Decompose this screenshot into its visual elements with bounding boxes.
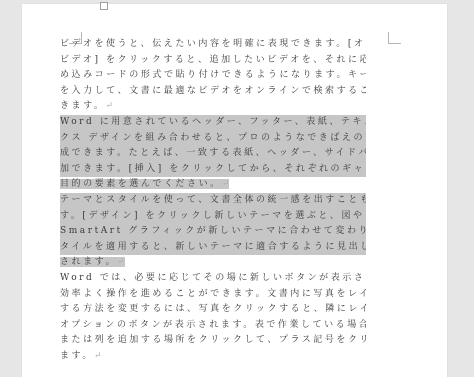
text-line: ビデオ] をクリックすると、追加したいビデオを、それに応じた埋 (60, 53, 366, 69)
text-line: め込みコードの形式で貼り付けできるようになります。キーワード (60, 68, 366, 84)
text-segment: 目的の要素を選んでください。 (60, 179, 222, 189)
paragraph-4[interactable]: Word では、必要に応じてその場に新しいボタンが表示されるため、 効率よく操作… (60, 271, 366, 365)
selected-text-line: 成できます。たとえば、一致する表紙、ヘッダー、サイドバーを追 (60, 146, 366, 162)
selected-text-line: されます。↵ (60, 255, 366, 271)
text-segment: ます。 (60, 351, 94, 361)
text-line: きます。↵ (60, 99, 366, 115)
selected-text-line: 目的の要素を選んでください。↵ (60, 177, 366, 193)
paragraph-1[interactable]: ビデオを使うと、伝えたい内容を明確に表現できます。[オンライン ビデオ] をクリ… (60, 37, 366, 115)
paragraph-mark-icon: ↵ (117, 257, 125, 267)
selected-text-line: Word に用意されているヘッダー、フッター、表紙、テキスト ボッ (60, 115, 366, 131)
paragraph-2-selected[interactable]: Word に用意されているヘッダー、フッター、表紙、テキスト ボッ クス デザイ… (60, 115, 366, 193)
text-segment: きます。 (60, 101, 105, 111)
text-line: オプションのボタンが表示されます。表で作業している場合は、行 (60, 318, 366, 334)
text-line: する方法を変更するには、写真をクリックすると、隣にレイアウト (60, 302, 366, 318)
selected-text-line: SmartArt グラフィックが新しいテーマに合わせて変わります。ス (60, 224, 366, 240)
selected-text-segment: 目的の要素を選んでください。↵ (60, 179, 229, 189)
selected-text-line: クス デザインを組み合わせると、プロのようなできばえの文書を作 (60, 131, 366, 147)
document-body[interactable]: ビデオを使うと、伝えたい内容を明確に表現できます。[オンライン ビデオ] をクリ… (60, 37, 366, 364)
text-line: Word では、必要に応じてその場に新しいボタンが表示されるため、 (60, 271, 366, 287)
selected-text-line: 加できます。[挿入] をクリックしてから、それぞれのギャラリーで (60, 162, 366, 178)
paragraph-mark-icon: ↵ (105, 101, 113, 111)
text-segment: されます。 (60, 257, 117, 267)
crop-mark-top-right (388, 32, 401, 44)
text-line: または列を追加する場所をクリックして、プラス記号をクリックし (60, 333, 366, 349)
text-line: ます。↵ (60, 349, 366, 365)
text-line: 効率よく操作を進めることができます。文書内に写真をレイアウト (60, 287, 366, 303)
paragraph-mark-icon: ↵ (94, 351, 102, 361)
paragraph-3-selected[interactable]: テーマとスタイルを使って、文書全体の統一感を出すこともできま す。[デザイン] … (60, 193, 366, 271)
text-line: ビデオを使うと、伝えたい内容を明確に表現できます。[オンライン (60, 37, 366, 53)
selected-text-line: タイルを適用すると、新しいテーマに適合するように見出しが変更 (60, 240, 366, 256)
paragraph-mark-icon: ↵ (222, 179, 230, 189)
text-line: を入力して、文書に最適なビデオをオンラインで検索することもで (60, 84, 366, 100)
page-boundary-marker (100, 2, 108, 10)
selected-text-segment: されます。↵ (60, 257, 125, 267)
selected-text-line: す。[デザイン] をクリックし新しいテーマを選ぶと、図やグラフ、 (60, 209, 366, 225)
selected-text-line: テーマとスタイルを使って、文書全体の統一感を出すこともできま (60, 193, 366, 209)
